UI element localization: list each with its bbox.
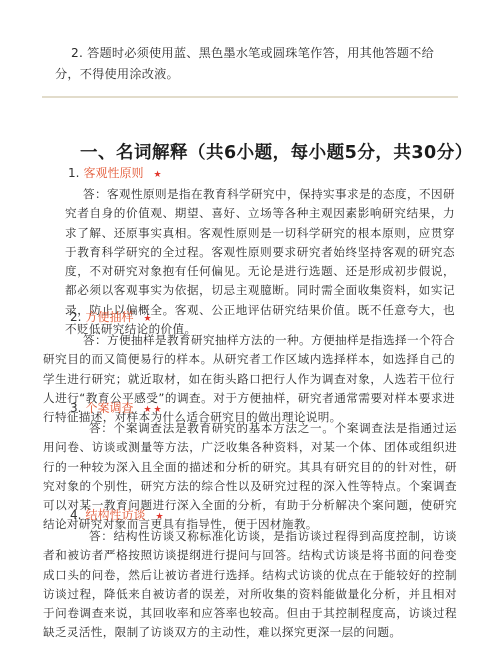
- item-term: 客观性原则: [83, 166, 143, 180]
- item-number: 4.: [70, 508, 81, 522]
- star-icon: ★: [153, 170, 163, 180]
- item-number: 3.: [70, 401, 81, 415]
- item-term: 方便抽样: [85, 310, 133, 324]
- section-divider: [42, 96, 458, 98]
- item-heading-2: 2.方便抽样★: [70, 309, 154, 327]
- item-term: 结构性访谈: [85, 508, 145, 522]
- star-icon: ★: [155, 512, 165, 522]
- item-number: 2.: [70, 310, 81, 324]
- item-heading-4: 4.结构性访谈★: [70, 507, 166, 525]
- item-heading-3: 3.个案调查★★: [70, 400, 164, 418]
- item-heading-1: 1.客观性原则★: [68, 165, 164, 183]
- star-icon: ★★: [143, 405, 163, 415]
- section-title: 一、名词解释（共6小题，每小题5分，共30分）: [80, 139, 473, 164]
- item-term: 个案调查: [85, 401, 133, 415]
- item-number: 1.: [68, 166, 79, 180]
- item-answer-4: 答：结构性访谈又称标准化访谈，是指访谈过程得到高度控制，访谈者和被访者严格按照访…: [43, 527, 457, 643]
- exam-notice: 2. 答题时必须使用蓝、黑色墨水笔或圆珠笔作答，用其他答题不给分，不得使用涂改液…: [55, 43, 450, 85]
- exam-document-page: 2. 答题时必须使用蓝、黑色墨水笔或圆珠笔作答，用其他答题不给分，不得使用涂改液…: [0, 0, 500, 646]
- star-icon: ★: [143, 314, 153, 324]
